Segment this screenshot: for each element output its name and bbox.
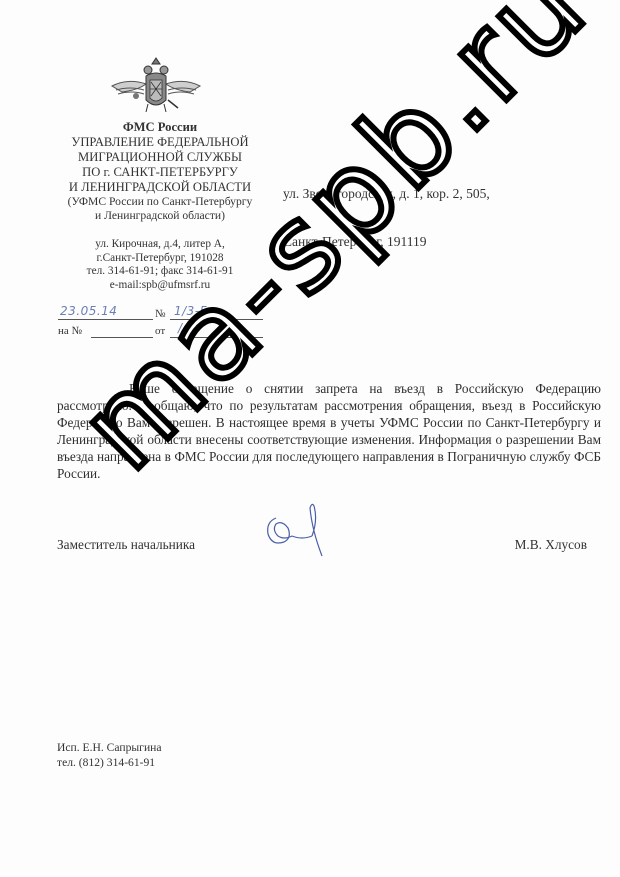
letter-page: ФМС России УПРАВЛЕНИЕ ФЕДЕРАЛЬНОЙ МИГРАЦ… xyxy=(0,0,620,877)
org-contacts: ул. Кирочная, д.4, литер А, г.Санкт-Пете… xyxy=(55,238,265,292)
org-name-line: ПО г. САНКТ-ПЕТЕРБУРГУ xyxy=(55,165,265,180)
org-abbrev-line: и Ленинградской области) xyxy=(55,209,265,223)
signatory-name: М.В. Хлусов xyxy=(515,537,587,553)
org-city: г.Санкт-Петербург, 191028 xyxy=(55,252,265,266)
from-label: от xyxy=(155,325,165,337)
eagle-emblem-icon xyxy=(108,56,204,118)
org-name-line: МИГРАЦИОННОЙ СЛУЖБЫ xyxy=(55,150,265,165)
from-line xyxy=(170,325,263,338)
date-handwritten: 23.05.14 xyxy=(60,304,117,318)
org-phone: тел. 314-61-91; факс 314-61-91 xyxy=(55,265,265,279)
from-handwritten: / xyxy=(178,321,183,335)
executor-phone: тел. (812) 314-61-91 xyxy=(57,755,162,770)
in-reply-line xyxy=(91,325,153,338)
recipient-street: ул. Звенигородская, д. 1, кор. 2, 505, xyxy=(283,186,490,202)
org-short-name: ФМС России xyxy=(55,120,265,135)
executor-info: Исп. Е.Н. Сапрыгина тел. (812) 314-61-91 xyxy=(57,740,162,770)
org-name-line: И ЛЕНИНГРАДСКОЙ ОБЛАСТИ xyxy=(55,180,265,195)
org-email: e-mail:spb@ufmsrf.ru xyxy=(55,279,265,293)
executor-name: Исп. Е.Н. Сапрыгина xyxy=(57,740,162,755)
registration-fields: 23.05.14 № 1/3-5 на № от / xyxy=(58,307,268,343)
number-label: № xyxy=(155,308,166,320)
letterhead: ФМС России УПРАВЛЕНИЕ ФЕДЕРАЛЬНОЙ МИГРАЦ… xyxy=(55,120,265,223)
signatory-title: Заместитель начальника xyxy=(57,537,195,553)
recipient-city: Санкт-Петербург, 191119 xyxy=(283,234,427,250)
org-street: ул. Кирочная, д.4, литер А, xyxy=(55,238,265,252)
org-abbrev-line: (УФМС России по Санкт-Петербургу xyxy=(55,195,265,209)
number-handwritten: 1/3-5 xyxy=(174,304,208,318)
in-reply-label: на № xyxy=(58,325,82,337)
letter-body: Ваше обращение о снятии запрета на въезд… xyxy=(57,381,601,482)
handwritten-signature-icon xyxy=(262,500,342,560)
org-name-line: УПРАВЛЕНИЕ ФЕДЕРАЛЬНОЙ xyxy=(55,135,265,150)
